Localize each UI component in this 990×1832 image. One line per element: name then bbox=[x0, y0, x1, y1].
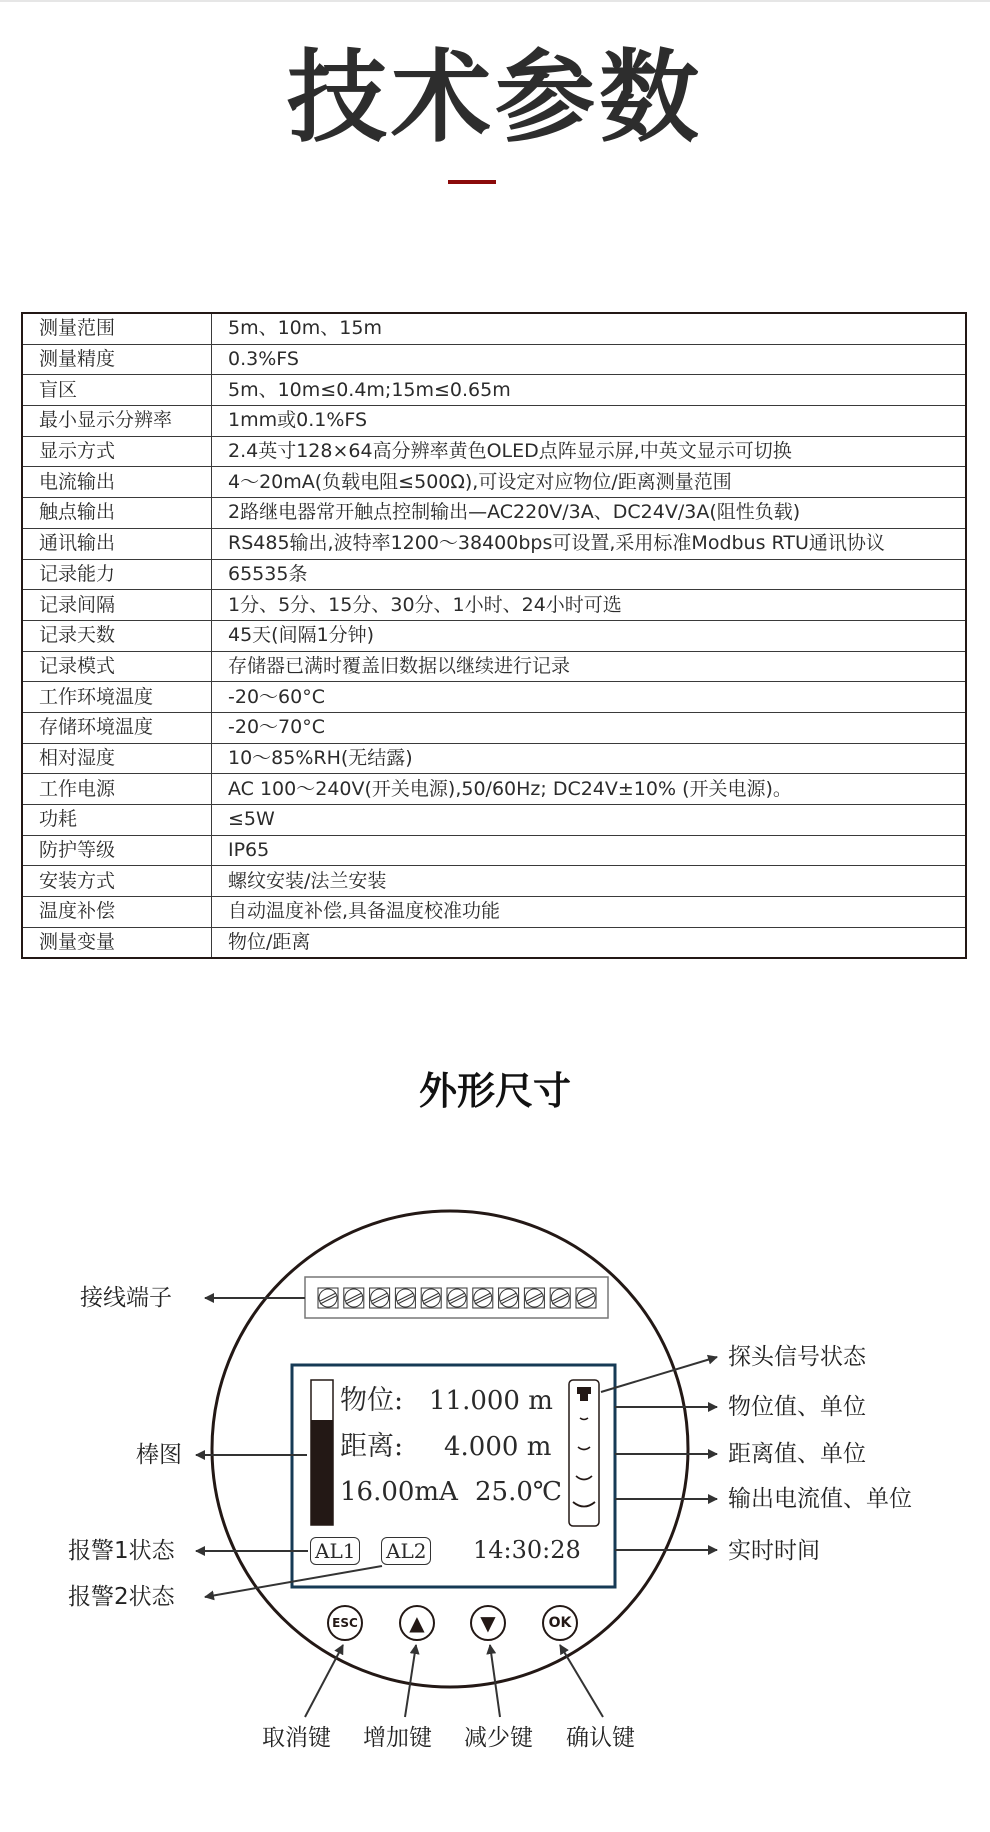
spec-key: 记录间隔 bbox=[22, 590, 212, 621]
terminal-screws bbox=[318, 1288, 596, 1308]
spec-value: 0.3%FS bbox=[212, 344, 967, 375]
table-row: 显示方式2.4英寸128×64高分辨率黄色OLED点阵显示屏,中英文显示可切换 bbox=[22, 436, 966, 467]
probe-signal-box bbox=[569, 1380, 599, 1526]
spec-value: -20～70°C bbox=[212, 712, 967, 743]
label-alarm1-status: 报警1状态 bbox=[68, 1537, 175, 1565]
spec-value: IP65 bbox=[212, 835, 967, 866]
label-cancel-key: 取消键 bbox=[262, 1724, 331, 1752]
page-title: 技术参数 bbox=[0, 38, 990, 158]
lcd-clock: 14:30:28 bbox=[473, 1533, 581, 1567]
table-row: 通讯输出RS485输出,波特率1200～38400bps可设置,采用标准Modb… bbox=[22, 528, 966, 559]
table-row: 记录能力65535条 bbox=[22, 559, 966, 590]
lcd-distance-value: 4.000 m bbox=[444, 1430, 551, 1464]
esc-button[interactable]: ESC bbox=[327, 1605, 363, 1641]
terminal-screw-icon bbox=[344, 1288, 364, 1308]
spec-value: ≤5W bbox=[212, 805, 967, 836]
spec-value: RS485输出,波特率1200～38400bps可设置,采用标准Modbus R… bbox=[212, 528, 967, 559]
spec-key: 防护等级 bbox=[22, 835, 212, 866]
table-row: 测量范围5m、10m、15m bbox=[22, 313, 966, 344]
terminal-screw-icon bbox=[395, 1288, 415, 1308]
terminal-screw-icon bbox=[447, 1288, 467, 1308]
spec-value: AC 100～240V(开关电源),50/60Hz; DC24V±10% (开关… bbox=[212, 774, 967, 805]
table-row: 记录模式存储器已满时覆盖旧数据以继续进行记录 bbox=[22, 651, 966, 682]
spec-value: 5m、10m、15m bbox=[212, 313, 967, 344]
label-output-current-unit: 输出电流值、单位 bbox=[728, 1485, 912, 1513]
spec-key: 工作电源 bbox=[22, 774, 212, 805]
table-row: 工作电源AC 100～240V(开关电源),50/60Hz; DC24V±10%… bbox=[22, 774, 966, 805]
table-row: 盲区5m、10m≤0.4m;15m≤0.65m bbox=[22, 375, 966, 406]
label-terminals: 接线端子 bbox=[80, 1284, 172, 1312]
terminal-screw-icon bbox=[576, 1288, 596, 1308]
table-row: 安装方式螺纹安装/法兰安装 bbox=[22, 866, 966, 897]
lcd-temperature-value: 25.0℃ bbox=[475, 1475, 562, 1509]
table-row: 电流输出4～20mA(负载电阻≤500Ω),可设定对应物位/距离测量范围 bbox=[22, 467, 966, 498]
spec-key: 电流输出 bbox=[22, 467, 212, 498]
spec-value: 2路继电器常开触点控制输出—AC220V/3A、DC24V/3A(阻性负载) bbox=[212, 498, 967, 529]
spec-key: 记录模式 bbox=[22, 651, 212, 682]
terminal-screw-icon bbox=[370, 1288, 390, 1308]
table-row: 测量精度0.3%FS bbox=[22, 344, 966, 375]
spec-key: 最小显示分辨率 bbox=[22, 406, 212, 437]
alarm1-indicator: AL1 bbox=[310, 1537, 360, 1565]
spec-key: 记录天数 bbox=[22, 620, 212, 651]
spec-key: 测量范围 bbox=[22, 313, 212, 344]
title-underline bbox=[448, 180, 496, 184]
table-row: 温度补偿自动温度补偿,具备温度校准功能 bbox=[22, 897, 966, 928]
spec-key: 相对湿度 bbox=[22, 743, 212, 774]
terminal-screw-icon bbox=[318, 1288, 338, 1308]
spec-key: 通讯输出 bbox=[22, 528, 212, 559]
table-row: 触点输出2路继电器常开触点控制输出—AC220V/3A、DC24V/3A(阻性负… bbox=[22, 498, 966, 529]
ok-glyph: OK bbox=[549, 1615, 572, 1631]
spec-value: 螺纹安装/法兰安装 bbox=[212, 866, 967, 897]
label-alarm2-status: 报警2状态 bbox=[68, 1583, 175, 1611]
lcd-current-value: 16.00mA bbox=[340, 1475, 458, 1509]
spec-key: 显示方式 bbox=[22, 436, 212, 467]
up-button[interactable]: ▲ bbox=[399, 1605, 435, 1641]
spec-value: 自动温度补偿,具备温度校准功能 bbox=[212, 897, 967, 928]
table-row: 测量变量物位/距离 bbox=[22, 927, 966, 958]
spec-value: 45天(间隔1分钟) bbox=[212, 620, 967, 651]
table-row: 功耗≤5W bbox=[22, 805, 966, 836]
spec-key: 功耗 bbox=[22, 805, 212, 836]
spec-value: 1分、5分、15分、30分、1小时、24小时可选 bbox=[212, 590, 967, 621]
alarm2-indicator: AL2 bbox=[381, 1537, 431, 1565]
table-row: 防护等级IP65 bbox=[22, 835, 966, 866]
section-title-dimensions: 外形尺寸 bbox=[0, 1060, 990, 1115]
label-bar-graph: 棒图 bbox=[136, 1441, 182, 1469]
terminal-screw-icon bbox=[421, 1288, 441, 1308]
table-row: 最小显示分辨率1mm或0.1%FS bbox=[22, 406, 966, 437]
spec-value: -20～60°C bbox=[212, 682, 967, 713]
spec-value: 2.4英寸128×64高分辨率黄色OLED点阵显示屏,中英文显示可切换 bbox=[212, 436, 967, 467]
label-increase-key: 增加键 bbox=[363, 1724, 432, 1752]
terminal-screw-icon bbox=[550, 1288, 570, 1308]
label-level-value-unit: 物位值、单位 bbox=[728, 1393, 866, 1421]
spec-value: 4～20mA(负载电阻≤500Ω),可设定对应物位/距离测量范围 bbox=[212, 467, 967, 498]
top-strip bbox=[0, 0, 990, 2]
table-row: 记录间隔1分、5分、15分、30分、1小时、24小时可选 bbox=[22, 590, 966, 621]
spec-key: 盲区 bbox=[22, 375, 212, 406]
spec-value: 65535条 bbox=[212, 559, 967, 590]
lcd-level-value: 11.000 m bbox=[429, 1384, 553, 1418]
spec-value: 5m、10m≤0.4m;15m≤0.65m bbox=[212, 375, 967, 406]
spec-key: 触点输出 bbox=[22, 498, 212, 529]
esc-glyph: ESC bbox=[332, 1616, 358, 1630]
label-probe-signal: 探头信号状态 bbox=[728, 1343, 866, 1371]
terminal-screw-icon bbox=[524, 1288, 544, 1308]
spec-value: 1mm或0.1%FS bbox=[212, 406, 967, 437]
spec-key: 安装方式 bbox=[22, 866, 212, 897]
spec-key: 存储环境温度 bbox=[22, 712, 212, 743]
table-row: 记录天数45天(间隔1分钟) bbox=[22, 620, 966, 651]
label-decrease-key: 减少键 bbox=[464, 1724, 533, 1752]
table-row: 工作环境温度-20～60°C bbox=[22, 682, 966, 713]
bar-graph-fill bbox=[311, 1420, 333, 1525]
spec-table: 测量范围5m、10m、15m测量精度0.3%FS盲区5m、10m≤0.4m;15… bbox=[21, 312, 967, 959]
spec-value: 物位/距离 bbox=[212, 927, 967, 958]
terminal-screw-icon bbox=[473, 1288, 493, 1308]
triangle-down-icon: ▼ bbox=[480, 1611, 495, 1635]
down-button[interactable]: ▼ bbox=[470, 1605, 506, 1641]
lcd-distance-label: 距离: bbox=[340, 1430, 403, 1464]
spec-key: 记录能力 bbox=[22, 559, 212, 590]
spec-key: 测量精度 bbox=[22, 344, 212, 375]
spec-value: 10～85%RH(无结露) bbox=[212, 743, 967, 774]
label-confirm-key: 确认键 bbox=[566, 1724, 635, 1752]
spec-key: 温度补偿 bbox=[22, 897, 212, 928]
table-row: 存储环境温度-20～70°C bbox=[22, 712, 966, 743]
spec-value: 存储器已满时覆盖旧数据以继续进行记录 bbox=[212, 651, 967, 682]
spec-key: 工作环境温度 bbox=[22, 682, 212, 713]
triangle-up-icon: ▲ bbox=[409, 1611, 424, 1635]
lcd-level-label: 物位: bbox=[340, 1384, 403, 1418]
label-realtime-clock: 实时时间 bbox=[728, 1537, 820, 1565]
ok-button[interactable]: OK bbox=[542, 1605, 578, 1641]
table-row: 相对湿度10～85%RH(无结露) bbox=[22, 743, 966, 774]
terminal-screw-icon bbox=[499, 1288, 519, 1308]
label-distance-value-unit: 距离值、单位 bbox=[728, 1440, 866, 1468]
spec-key: 测量变量 bbox=[22, 927, 212, 958]
